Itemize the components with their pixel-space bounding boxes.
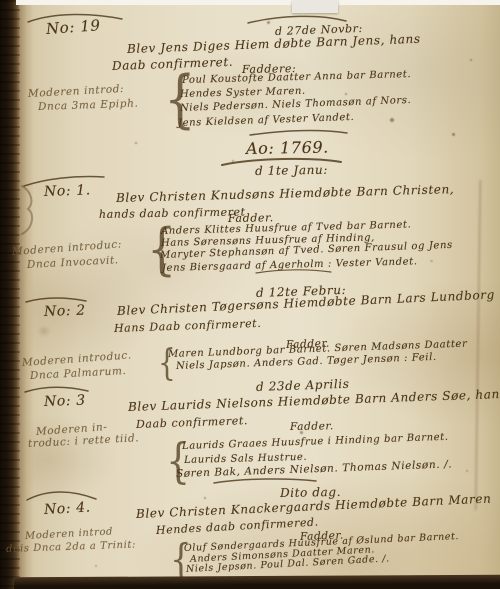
margin-note: Dnca Palmarum. bbox=[30, 365, 127, 382]
witness-line: Jens Kieldsen af Vester Vandet. bbox=[178, 112, 355, 129]
paper-tab bbox=[292, 0, 338, 13]
margin-note: Moderen introd: bbox=[28, 83, 125, 100]
margin-note: Dnca Invocavit. bbox=[27, 254, 119, 271]
year-header: Ao: 1769. bbox=[246, 138, 329, 158]
stain-speck bbox=[204, 497, 206, 499]
witness-line: Poul Koustofte Daatter Anna bar Barnet. bbox=[182, 69, 411, 86]
entry-number: No: 2 bbox=[44, 303, 86, 320]
fadder-label: Fadder. bbox=[290, 420, 334, 433]
stain-speck bbox=[345, 93, 347, 95]
page-bottom-shadow bbox=[14, 575, 500, 589]
stain-speck bbox=[135, 142, 137, 144]
entry-body-line: Hans Daab confirmeret. bbox=[114, 317, 262, 335]
entry-number: No: 19 bbox=[45, 16, 101, 38]
stain-speck bbox=[470, 59, 472, 61]
entry-number: No: 1. bbox=[44, 182, 91, 200]
entry-number: No: 3 bbox=[44, 393, 86, 410]
register-page-scan: No: 19 d 27de Novbr: Blev Jens Diges Hie… bbox=[0, 0, 500, 589]
scan-top-edge bbox=[16, 0, 500, 5]
stain-speck bbox=[390, 118, 394, 122]
entry-date: d 23de Aprilis bbox=[256, 377, 350, 394]
witness-line: Hendes Syster Maren. bbox=[180, 86, 306, 100]
stain-speck bbox=[95, 565, 97, 567]
entry-body-line: Daab confirmeret. bbox=[136, 414, 248, 431]
witness-line: Laurids Graaes Huusfrue i Hinding bar Ba… bbox=[182, 432, 449, 452]
margin-note: Moderen introd bbox=[25, 526, 114, 542]
margin-note: Dnca 3ma Epiph. bbox=[38, 97, 139, 112]
stain-speck bbox=[430, 260, 433, 262]
stain-speck bbox=[452, 133, 455, 136]
stain-speck bbox=[466, 470, 468, 472]
entry-body-line: Blev Jens Diges Hiem døbte Barn Jens, ha… bbox=[127, 32, 421, 56]
paper-crease bbox=[475, 180, 482, 510]
binding-texture bbox=[0, 0, 20, 589]
stain-blotch bbox=[40, 328, 48, 334]
entry-date: d 1te Janu: bbox=[255, 163, 328, 178]
entry-body-line: Blev Christen Knudsøns Hiemdøbte Barn Ch… bbox=[116, 182, 455, 205]
stain-speck bbox=[267, 21, 270, 24]
stain-speck bbox=[232, 160, 234, 162]
entry-number: No: 4. bbox=[44, 500, 92, 518]
